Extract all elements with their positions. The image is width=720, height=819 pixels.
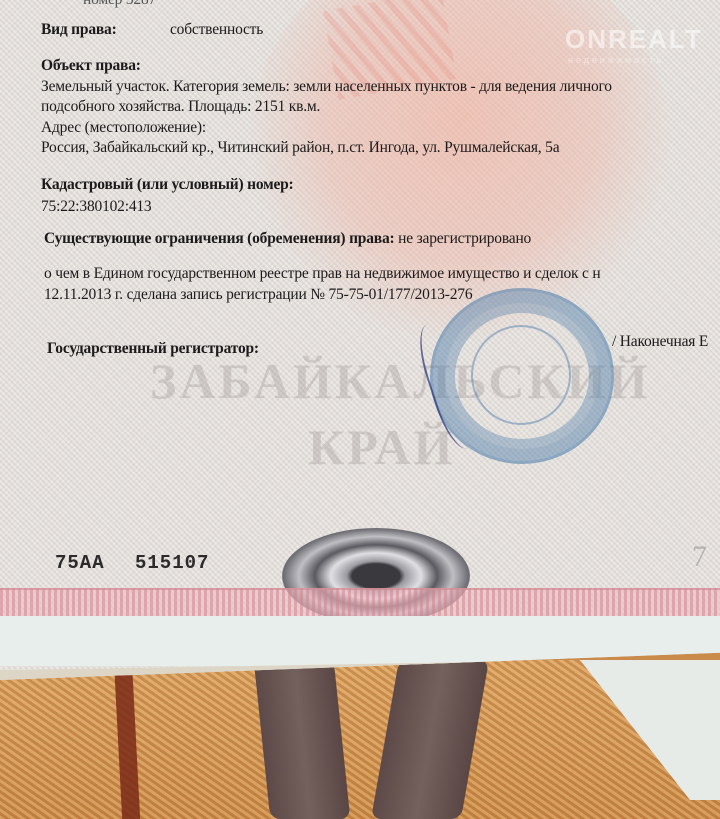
object-label: Объект права: bbox=[41, 57, 141, 75]
restrictions-label: Существующие ограничения (обременения) п… bbox=[44, 230, 394, 247]
restrictions-row: Существующие ограничения (обременения) п… bbox=[44, 230, 531, 248]
serial-number: 515107 bbox=[135, 552, 209, 574]
registry-line-1: о чем в Едином государственном реестре п… bbox=[44, 265, 601, 283]
corner-mark: 7 bbox=[692, 540, 707, 574]
floor-tile bbox=[520, 660, 720, 800]
brand-watermark-subtitle: недвижимость bbox=[568, 55, 664, 65]
object-line-1: Земельный участок. Категория земель: зем… bbox=[41, 78, 612, 96]
right-type-label: Вид права: bbox=[41, 21, 117, 39]
restrictions-value: не зарегистрировано bbox=[398, 230, 531, 247]
object-line-2: подсобного хозяйства. Площадь: 2151 кв.м… bbox=[41, 98, 320, 116]
certificate-document: ONREALT недвижимость номер 5287 Вид прав… bbox=[0, 0, 720, 680]
carpet-stripe bbox=[114, 660, 140, 819]
serial-series: 75АА bbox=[55, 552, 105, 574]
address-label: Адрес (местоположение): bbox=[41, 119, 206, 137]
registrar-name: / Наконечная Е bbox=[612, 333, 708, 351]
registry-line-2: 12.11.2013 г. сделана запись регистрации… bbox=[44, 286, 472, 304]
leg-right bbox=[371, 660, 489, 819]
clipped-top-text: номер 5287 bbox=[83, 0, 156, 9]
region-watermark-line-2: КРАЙ bbox=[308, 418, 455, 476]
cadastral-label: Кадастровый (или условный) номер: bbox=[41, 176, 294, 194]
leg-left bbox=[254, 660, 351, 819]
registrar-label: Государственный регистратор: bbox=[47, 340, 259, 358]
brand-watermark: ONREALT bbox=[565, 24, 703, 55]
right-type-value: собственность bbox=[170, 21, 263, 39]
document-margin bbox=[0, 616, 720, 666]
background-floor bbox=[0, 660, 720, 819]
address-value: Россия, Забайкальский кр., Читинский рай… bbox=[41, 139, 559, 157]
cadastral-value: 75:22:380102:413 bbox=[41, 198, 151, 216]
